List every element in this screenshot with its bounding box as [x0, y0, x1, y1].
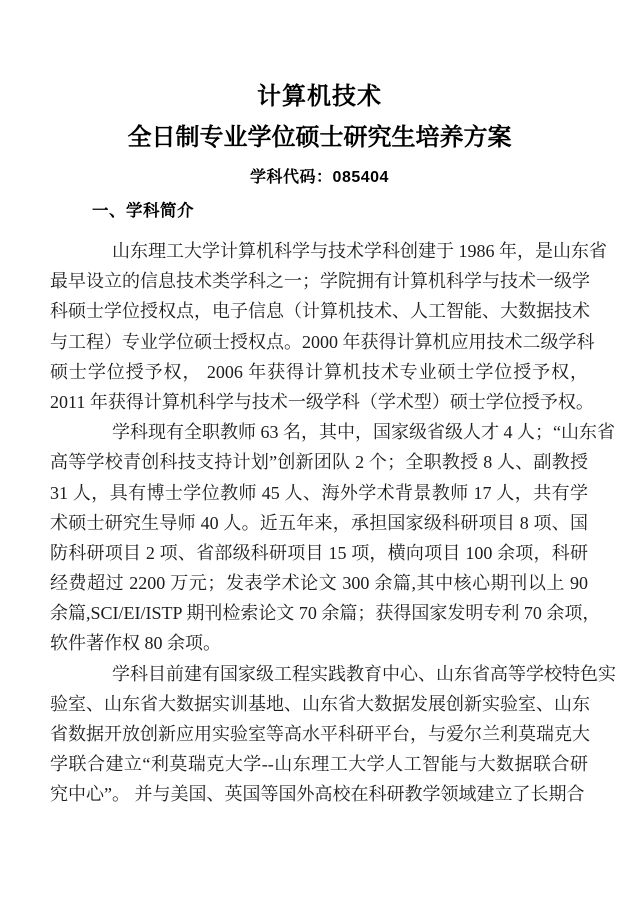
paragraph-3-line-1: 学科目前建有国家级工程实践教育中心、山东省高等学校特色实 [50, 659, 588, 689]
paragraph-1-line-5: 硕士学位授予权， 2006 年获得计算机技术专业硕士学位授予权， [50, 357, 588, 387]
paragraph-3-line-2: 验室、山东省大数据实训基地、山东省大数据发展创新实验室、山东 [50, 689, 588, 719]
paragraph-1-line-2: 最早设立的信息技术类学科之一；学院拥有计算机科学与技术一级学 [50, 266, 588, 296]
paragraph-2-line-3: 31 人，具有博士学位教师 45 人、海外学术背景教师 17 人，共有学 [50, 478, 588, 508]
paragraph-3-line-3: 省数据开放创新应用实验室等高水平科研平台，与爱尔兰利莫瑞克大 [50, 719, 588, 749]
paragraph-1-line-6: 2011 年获得计算机科学与技术一级学科（学术型）硕士学位授予权。 [50, 387, 588, 417]
paragraph-3-line-5: 究中心”。 并与美国、英国等国外高校在科研教学领域建立了长期合 [50, 779, 588, 809]
subject-code: 学科代码：085404 [0, 167, 639, 189]
paragraph-2-line-5: 防科研项目 2 项、省部级科研项目 15 项，横向项目 100 余项，科研 [50, 538, 588, 568]
paragraph-2-line-1: 学科现有全职教师 63 名，其中，国家级省级人才 4 人；“山东省 [50, 417, 588, 447]
document-title-line-2: 全日制专业学位硕士研究生培养方案 [0, 122, 639, 154]
paragraph-2-line-2: 高等学校青创科技支持计划”创新团队 2 个；全职教授 8 人、副教授 [50, 447, 588, 477]
paragraph-2-line-4: 术硕士研究生导师 40 人。近五年来，承担国家级科研项目 8 项、国 [50, 508, 588, 538]
paragraph-1-line-4: 与工程）专业学位硕士授权点。2000 年获得计算机应用技术二级学科 [50, 327, 588, 357]
section-heading: 一、学科简介 [92, 200, 194, 222]
document-title-line-1: 计算机技术 [0, 81, 639, 113]
paragraph-1-line-3: 科硕士学位授权点，电子信息（计算机技术、人工智能、大数据技术 [50, 296, 588, 326]
paragraph-2-line-6: 经费超过 2200 万元；发表学术论文 300 余篇,其中核心期刊以上 90 [50, 568, 588, 598]
paragraph-1-line-1: 山东理工大学计算机科学与技术学科创建于 1986 年，是山东省 [50, 236, 588, 266]
paragraph-3-line-4: 学联合建立“利莫瑞克大学--山东理工大学人工智能与大数据联合研 [50, 749, 588, 779]
paragraph-2-line-7: 余篇,SCI/EI/ISTP 期刊检索论文 70 余篇；获得国家发明专利 70 … [50, 598, 588, 628]
body-text: 山东理工大学计算机科学与技术学科创建于 1986 年，是山东省最早设立的信息技术… [50, 236, 588, 810]
document-page: 计算机技术 全日制专业学位硕士研究生培养方案 学科代码：085404 一、学科简… [0, 0, 639, 905]
paragraph-2-line-8: 软件著作权 80 余项。 [50, 628, 588, 658]
